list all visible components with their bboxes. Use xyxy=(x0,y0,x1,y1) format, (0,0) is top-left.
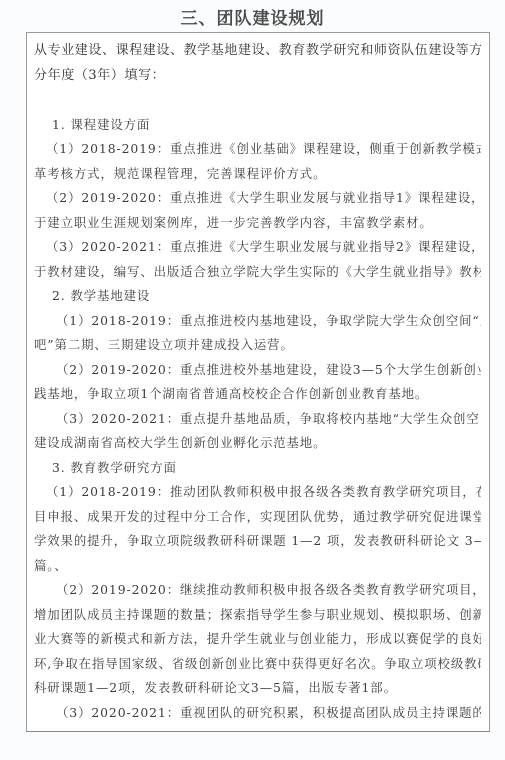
paragraph-line: （1）2018-2019：重点推进校内基地建设，争取学院大学生众创空间“星创 xyxy=(34,309,481,334)
paragraph-line: （2）2019-2020：重点推进校外基地建设，建设3—5个大学生创新创业实 xyxy=(34,358,481,383)
paragraph-line: 目申报、成果开发的过程中分工合作，实现团队优势，通过教学研究促进课堂教 xyxy=(34,505,481,530)
content-box: 从专业建设、课程建设、教学基地建设、教育教学研究和师资队伍建设等方面 分年度（3… xyxy=(26,32,490,732)
paragraph-line: 学效果的提升，争取立项院级教研科研课题 1—2 项，发表教研科研论文 3—5 xyxy=(34,529,481,554)
paragraph-line: 科研课题1—2项，发表教研科研论文3—5篇，出版专著1部。 xyxy=(34,676,481,701)
section-heading: 3. 教育教学研究方面 xyxy=(34,456,481,481)
paragraph-line: （2）2019-2020：继续推动教师积极申报各级各类教育教学研究项目，努力 xyxy=(34,578,481,603)
section-heading: 2. 教学基地建设 xyxy=(34,284,481,309)
paragraph-line: 篇。、 xyxy=(34,554,481,579)
paragraph-line: 吧”第二期、三期建设立项并建成投入运营。 xyxy=(34,333,481,358)
paragraph-line: 革考核方式，规范课程管理，完善课程评价方式。 xyxy=(34,162,481,187)
paragraph-line: （1）2018-2019：推动团队教师积极申报各级各类教育教学研究项目，在项 xyxy=(34,480,481,505)
paragraph-line: （3）2020-2021：重视团队的研究积累，积极提高团队成员主持课题的质量； xyxy=(34,701,481,726)
paragraph-line: 业大赛等的新模式和新方法，提升学生就业与创业能力，形成以赛促学的良好循 xyxy=(34,627,481,652)
paragraph-line: （3）2020-2021：重点提升基地品质，争取将校内基地“大学生众创空间” xyxy=(34,407,481,432)
paragraph-line: 于教材建设，编写、出版适合独立学院大学生实际的《大学生就业指导》教材。 xyxy=(34,260,481,285)
spacer xyxy=(34,88,481,113)
section-heading: 1. 课程建设方面 xyxy=(34,113,481,138)
paragraph-line: （2）2019-2020：重点推进《大学生职业发展与就业指导1》课程建设，侧重 xyxy=(34,186,481,211)
intro-line: 分年度（3年）填写： xyxy=(34,64,481,89)
page-title: 三、团队建设规划 xyxy=(0,4,505,29)
paragraph-line: 建设成湖南省高校大学生创新创业孵化示范基地。 xyxy=(34,431,481,456)
paragraph-line: 增加团队成员主持课题的数量；探索指导学生参与职业规划、模拟职场、创新创 xyxy=(34,603,481,628)
paragraph-line: 践基地，争取立项1个湖南省普通高校校企合作创新创业教育基地。 xyxy=(34,382,481,407)
paragraph-line: 于建立职业生涯规划案例库，进一步完善教学内容，丰富教学素材。 xyxy=(34,211,481,236)
paragraph-line: （3）2020-2021：重点推进《大学生职业发展与就业指导2》课程建设，侧重 xyxy=(34,235,481,260)
intro-line: 从专业建设、课程建设、教学基地建设、教育教学研究和师资队伍建设等方面 xyxy=(34,39,481,64)
paragraph-line: 环,争取在指导国家级、省级创新创业比赛中获得更好名次。争取立项校级教研 xyxy=(34,652,481,677)
paragraph-line: （1）2018-2019：重点推进《创业基础》课程建设，侧重于创新教学模式，改 xyxy=(34,137,481,162)
